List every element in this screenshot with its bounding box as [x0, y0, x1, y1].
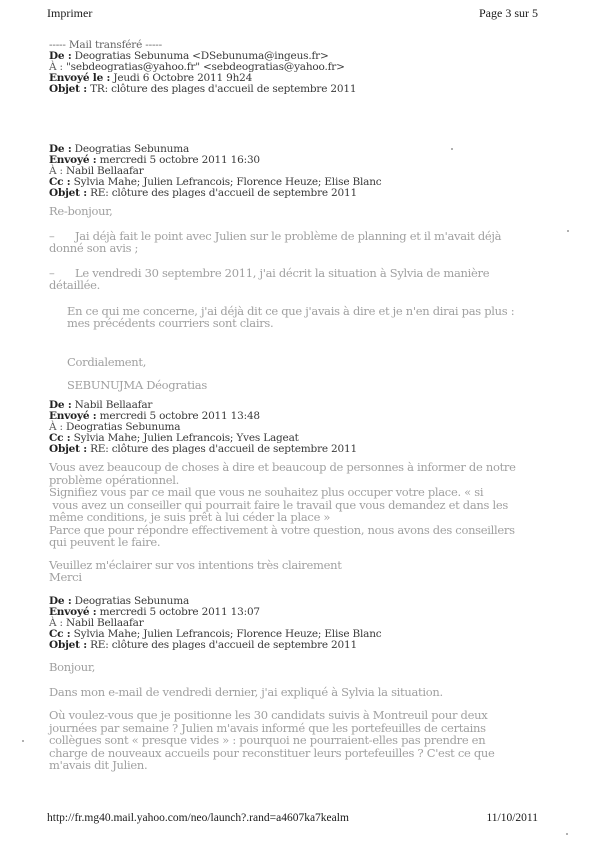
closing: Merci	[49, 571, 579, 584]
message-subject: Objet : RE: clôture des plages d'accueil…	[49, 444, 357, 455]
page-number: Page 3 sur 5	[479, 6, 538, 21]
message-1-body: Re-bonjour, –Jai déjà fait le point avec…	[49, 205, 569, 392]
page-url: http://fr.mg40.mail.yahoo.com/neo/launch…	[47, 812, 349, 824]
greeting: Re-bonjour,	[49, 205, 569, 218]
message-1-header: De : Deogratias Sebunuma Envoyé : mercre…	[49, 144, 381, 199]
bullet-item: –Le vendredi 30 septembre 2011, j'ai déc…	[49, 267, 569, 280]
closing: Veuillez m'éclairer sur vos intentions t…	[49, 559, 579, 572]
forwarded-subject: Objet : TR: clôture des plages d'accueil…	[49, 84, 356, 95]
print-date: 11/10/2011	[486, 812, 538, 824]
scan-speck	[22, 740, 24, 742]
message-subject: Objet : RE: clôture des plages d'accueil…	[49, 640, 381, 651]
message-2-header: De : Nabil Bellaafar Envoyé : mercredi 5…	[49, 400, 357, 455]
paragraph: Où voulez-vous que je positionne les 30 …	[49, 709, 579, 772]
scan-speck	[567, 230, 569, 232]
forwarded-header: ----- Mail transféré ----- De : Deograti…	[49, 40, 356, 95]
greeting: Bonjour,	[49, 661, 579, 674]
message-3-header: De : Deogratias Sebunuma Envoyé : mercre…	[49, 596, 381, 651]
closing: Cordialement,	[67, 356, 569, 369]
message-subject: Objet : RE: clôture des plages d'accueil…	[49, 188, 381, 199]
scan-speck	[451, 148, 453, 150]
message-2-body: Vous avez beaucoup de choses à dire et b…	[49, 461, 579, 584]
print-header-title: Imprimer	[47, 6, 92, 21]
signature: SEBUNUJMA Déogratias	[67, 379, 569, 392]
scan-speck	[566, 833, 568, 835]
message-3-body: Bonjour, Dans mon e-mail de vendredi der…	[49, 661, 579, 772]
paragraph: En ce qui me concerne, j'ai déjà dit ce …	[49, 305, 569, 392]
